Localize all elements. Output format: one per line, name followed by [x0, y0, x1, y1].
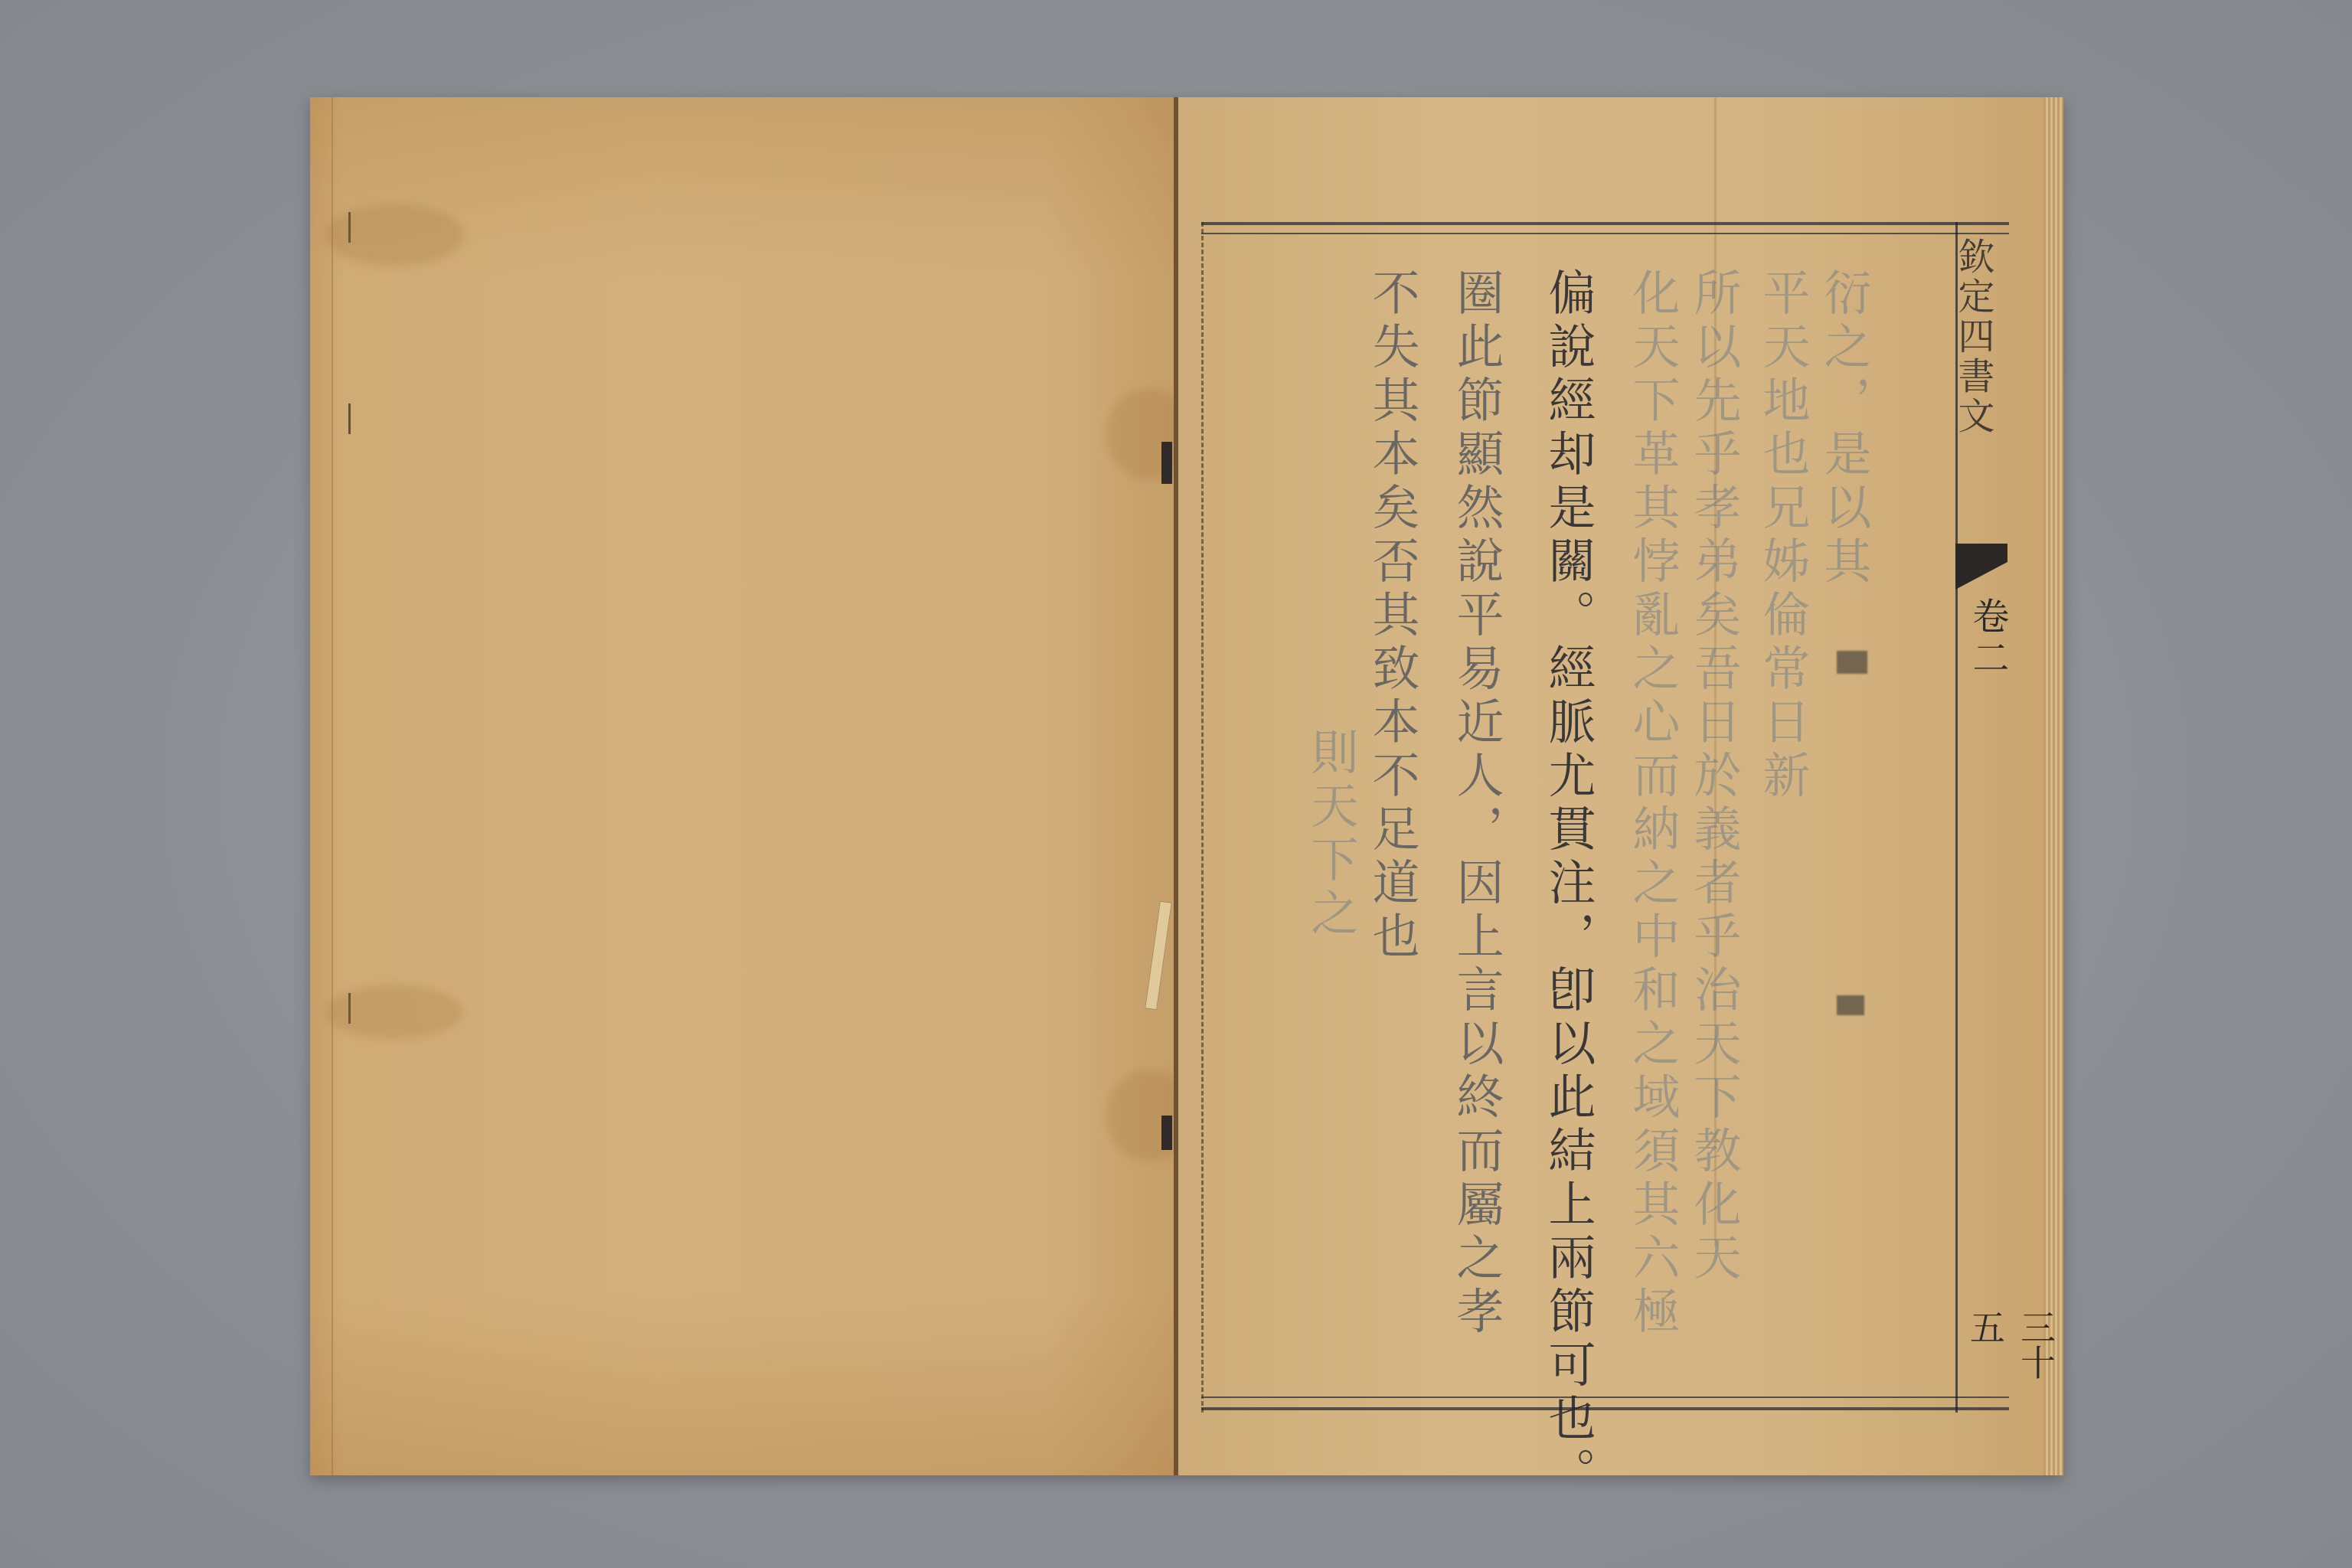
left-page [310, 97, 1175, 1475]
fishtail-mark [1955, 544, 2007, 590]
top-border-rule [1201, 222, 2009, 225]
text-body: 衍之，是以其 平天地也兄姊倫常日新 所以先乎孝弟矣吾日於義者乎治天下教化天 化天… [1232, 268, 1959, 1355]
top-border-rule-inner [1201, 233, 2009, 234]
page-edge-stack [2043, 97, 2063, 1475]
page-discoloration [310, 1292, 1175, 1475]
text-column: 化天下革其悖亂之心而納之中和之域須其六極 [1628, 268, 1676, 1340]
book-title: 欽定四書文 [1962, 237, 2000, 436]
fold-line [332, 97, 333, 1475]
text-column: 偏說經却是關。經脈尤貫注，卽以此結上兩節可也。 [1544, 268, 1592, 1501]
ink-smudge [1837, 995, 1864, 1015]
binding-mark [1161, 1116, 1172, 1150]
open-book: 欽定四書文 卷二 三十五 衍之，是以其 平天地也兄姊倫常日新 所以先乎孝弟矣吾日… [310, 97, 2063, 1475]
text-column: 不失其本矣否其致本不足道也 [1368, 268, 1416, 965]
page-margin-column: 欽定四書文 卷二 三十五 [1955, 222, 2009, 1413]
right-page: 欽定四書文 卷二 三十五 衍之，是以其 平天地也兄姊倫常日新 所以先乎孝弟矣吾日… [1178, 97, 2063, 1475]
volume-label: 卷二 [1962, 597, 2014, 680]
text-column: 所以先乎孝弟矣吾日於義者乎治天下教化天 [1690, 268, 1737, 1286]
binding-mark [1161, 442, 1172, 484]
water-stain [325, 985, 463, 1039]
ink-bleed-mark [348, 403, 351, 434]
bottom-border-rule-inner [1201, 1396, 2009, 1398]
ink-smudge [1837, 651, 1867, 674]
printed-frame: 欽定四書文 卷二 三十五 衍之，是以其 平天地也兄姊倫常日新 所以先乎孝弟矣吾日… [1201, 222, 2009, 1413]
bottom-border-rule [1201, 1407, 2009, 1410]
text-column: 衍之，是以其 [1820, 268, 1867, 590]
text-column: 則天下之 [1307, 727, 1354, 942]
page-number: 三十五 [1960, 1309, 2061, 1413]
left-border-rule [1201, 222, 1204, 1413]
text-column: 平天地也兄姊倫常日新 [1759, 268, 1806, 804]
text-column: 圈此節顯然說平易近人，因上言以終而屬之孝 [1452, 268, 1500, 1340]
water-stain [325, 204, 463, 266]
